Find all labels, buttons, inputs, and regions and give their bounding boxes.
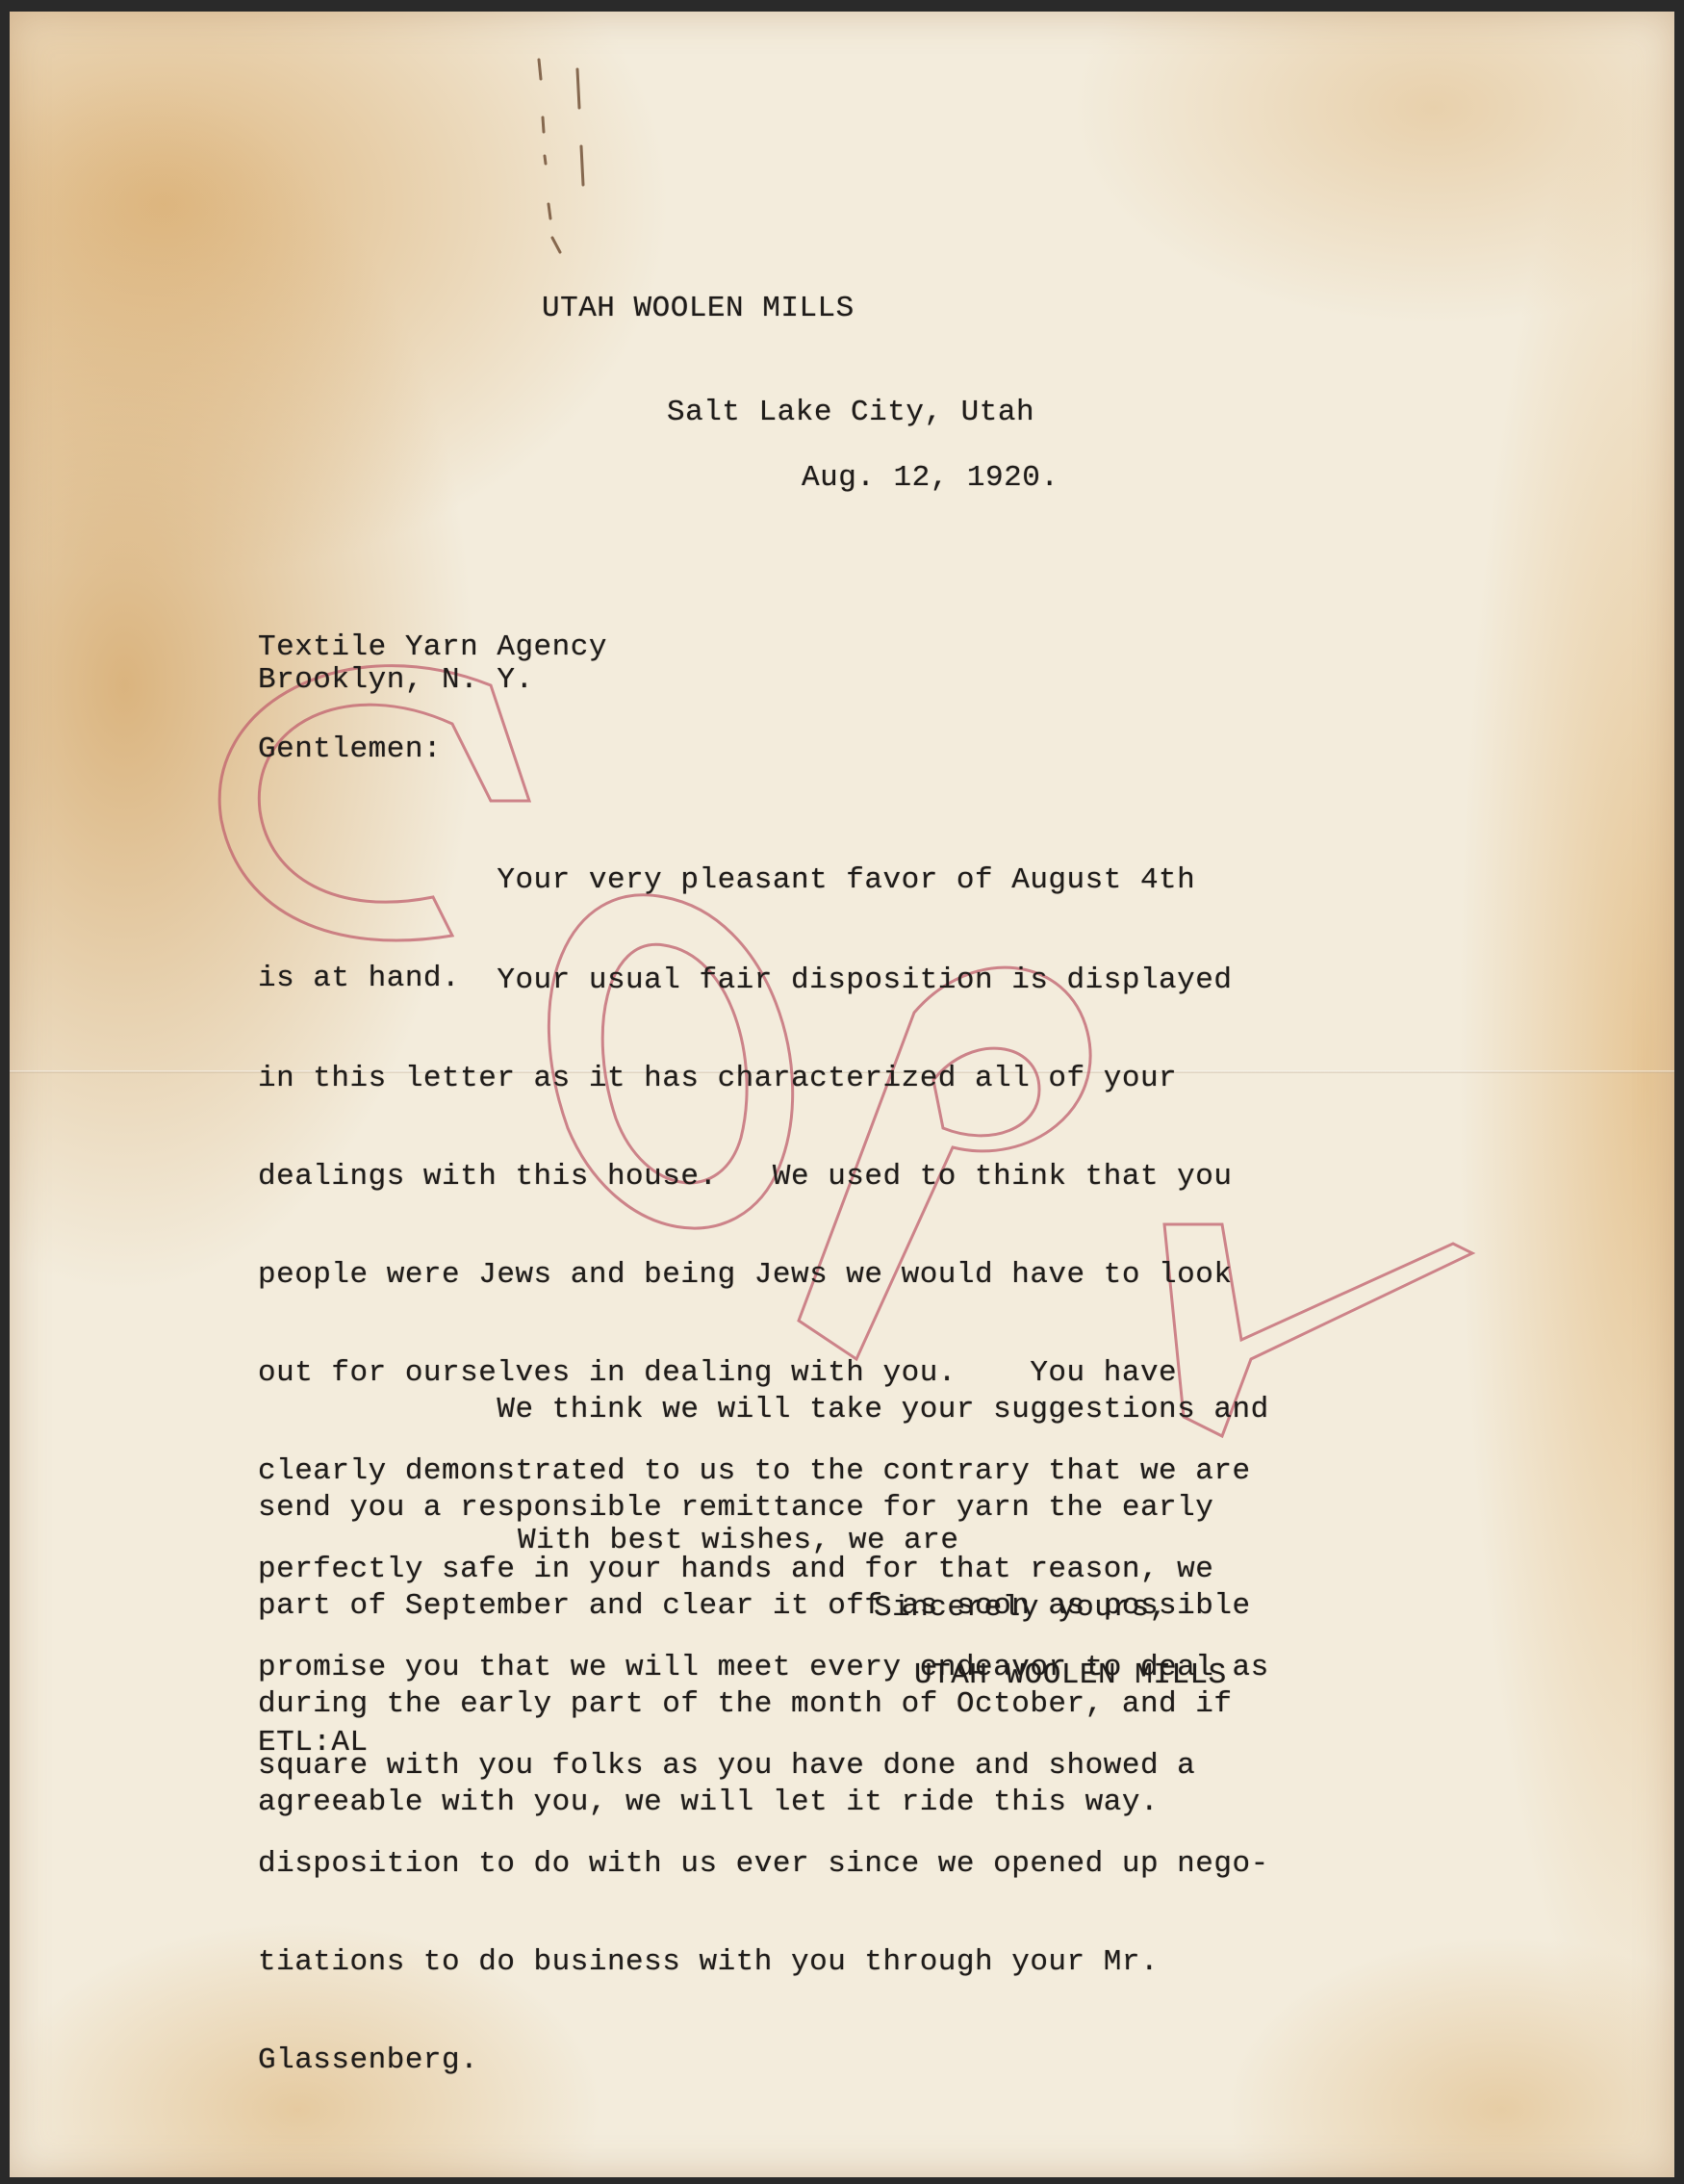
letterhead: UTAH WOOLEN MILLS <box>542 293 855 325</box>
closing-phrase: With best wishes, we are <box>518 1525 958 1557</box>
paragraph-line: people were Jews and being Jews we would… <box>258 1259 1269 1292</box>
recipient-line-2: Brooklyn, N. Y. <box>258 664 534 697</box>
recipient-line-1: Textile Yarn Agency <box>258 631 607 664</box>
paragraph-line: Your very pleasant favor of August 4th <box>258 864 1195 897</box>
paragraph-line: send you a responsible remittance for ya… <box>258 1492 1269 1525</box>
letter-page: UTAH WOOLEN MILLS Salt Lake City, Utah A… <box>10 12 1674 2177</box>
paragraph-line: tiations to do business with you through… <box>258 1946 1269 1979</box>
letter-place: Salt Lake City, Utah <box>667 397 1034 429</box>
salutation: Gentlemen: <box>258 733 442 766</box>
reference-initials: ETL:AL <box>258 1727 369 1760</box>
signature-block: UTAH WOOLEN MILLS <box>914 1659 1227 1692</box>
paragraph-line: during the early part of the month of Oc… <box>258 1688 1269 1721</box>
paragraph-line: We think we will take your suggestions a… <box>258 1394 1269 1426</box>
paragraph-line: Your usual fair disposition is displayed <box>258 964 1269 997</box>
paragraph-line: in this letter as it has characterized a… <box>258 1063 1269 1095</box>
complimentary-close: Sincerely yours, <box>874 1592 1168 1625</box>
paragraph-line: agreeable with you, we will let it ride … <box>258 1786 1269 1819</box>
staple-holes-mark <box>529 50 606 271</box>
letter-date: Aug. 12, 1920. <box>802 462 1059 495</box>
paragraph-line: Glassenberg. <box>258 2044 1269 2077</box>
paragraph-line: dealings with this house. We used to thi… <box>258 1161 1269 1194</box>
